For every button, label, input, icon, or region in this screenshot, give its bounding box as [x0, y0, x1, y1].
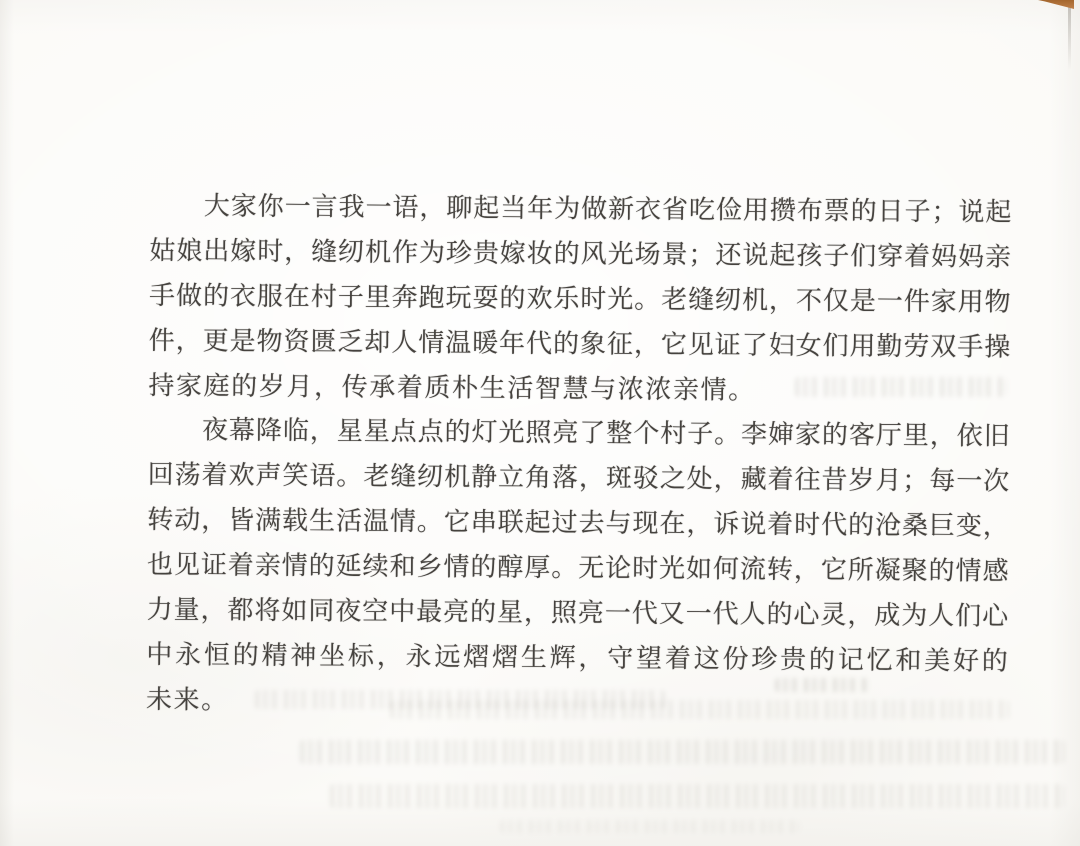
bleedthrough-ghost	[795, 377, 1007, 397]
page-edge-line	[1068, 0, 1071, 70]
text-line: 大家你一言我一语，聊起当年为做新衣省吃俭用攒布票的日子；说起	[150, 181, 1012, 233]
text-line: 件，更是物资匮乏却人情温暖年代的象征，它见证了妇女们用勤劳双手操	[149, 316, 1011, 368]
text-block: 大家你一言我一语，聊起当年为做新衣省吃俭用攒布票的日子；说起姑娘出嫁时，缝纫机作…	[146, 181, 1012, 726]
text-line: 中永恒的精神坐标，永远熠熠生辉，守望着这份珍贵的记忆和美好的	[146, 630, 1008, 682]
bleedthrough-ghost	[300, 740, 1065, 764]
text-line: 姑娘出嫁时，缝纫机作为珍贵嫁妆的风光场景；还说起孩子们穿着妈妈亲	[149, 226, 1011, 278]
text-line: 也见证着亲情的延续和乡情的醇厚。无论时光如何流转，它所凝聚的情感	[147, 540, 1009, 592]
bleedthrough-ghost	[390, 700, 1010, 719]
text-line: 力量，都将如同夜空中最亮的星，照亮一代又一代人的心灵，成为人们心	[146, 585, 1008, 637]
bleedthrough-ghost	[500, 820, 800, 833]
text-line: 回荡着欢声笑语。老缝纫机静立角落，斑驳之处，藏着往昔岁月；每一次	[148, 450, 1010, 502]
text-line: 转动，皆满载生活温情。它串联起过去与现在，诉说着时代的沧桑巨变，	[147, 495, 1009, 547]
bleedthrough-ghost	[330, 784, 1065, 808]
text-line: 夜幕降临，星星点点的灯光照亮了整个村子。李婶家的客厅里，依旧	[148, 405, 1010, 457]
scanned-page: 大家你一言我一语，聊起当年为做新衣省吃俭用攒布票的日子；说起姑娘出嫁时，缝纫机作…	[0, 0, 1080, 846]
text-line: 手做的衣服在村子里奔跑玩耍的欢乐时光。老缝纫机，不仅是一件家用物	[149, 271, 1011, 323]
bleedthrough-ghost	[775, 678, 870, 692]
